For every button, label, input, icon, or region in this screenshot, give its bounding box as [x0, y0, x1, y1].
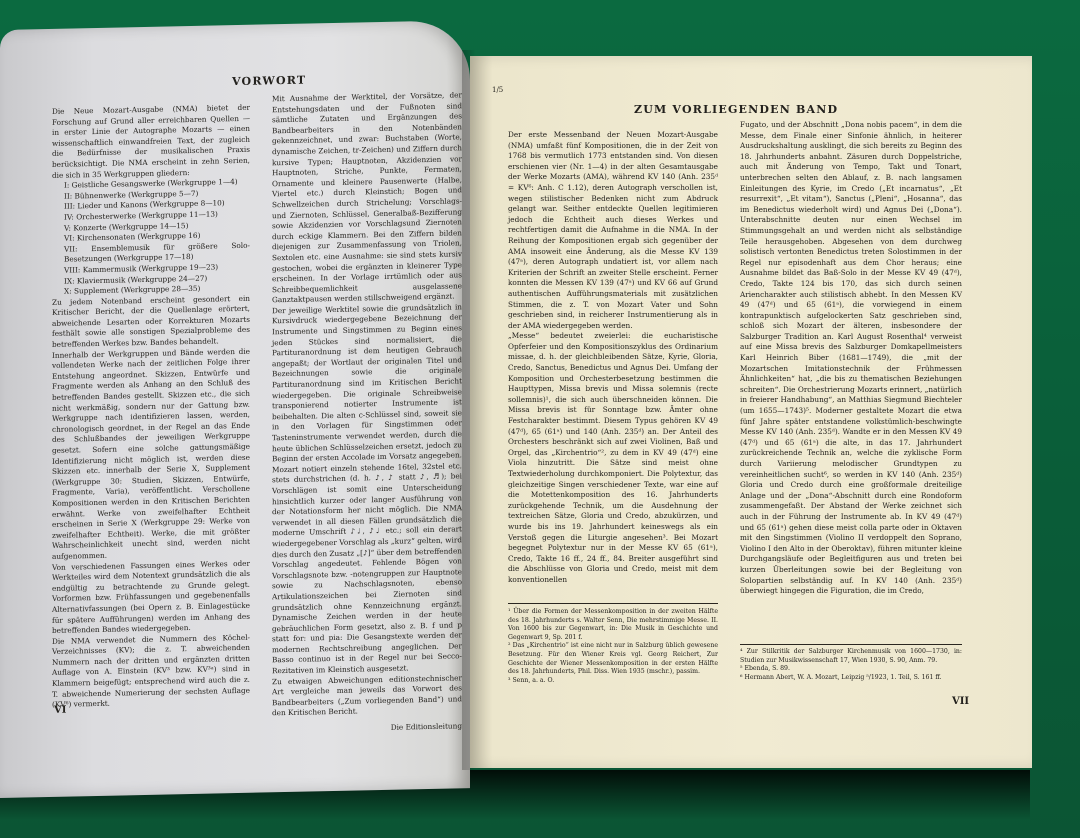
footnote: ³ Senn, a. a. O. — [508, 677, 718, 686]
page-title-vorwort: VORWORT — [232, 74, 306, 89]
footnote-rule — [508, 603, 718, 604]
paragraph: Die NMA verwendet die Nummern des Köchel… — [52, 632, 250, 710]
paragraph: Der jeweilige Werktitel sowie die grunds… — [272, 302, 462, 677]
paragraph: Zu jedem Notenband erscheint gesondert e… — [52, 293, 250, 350]
paragraph: Von verschiedenen Fassungen eines Werkes… — [52, 558, 250, 636]
band-column-1: Der erste Messenband der Neuen Mozart-Au… — [508, 130, 718, 586]
paragraph: „Messe“ bedeutet zweierlei: die eucharis… — [508, 331, 718, 585]
signature-editionsleitung: Die Editionsleitung — [272, 721, 462, 736]
footnotes-column-1: ¹ Über die Formen der Messenkomposition … — [508, 608, 718, 685]
paragraph: Fugato, und der Abschnitt „Dona nobis pa… — [740, 120, 962, 597]
paragraph: Innerhalb der Werkgruppen und Bände werd… — [52, 346, 250, 562]
vorwort-column-2: Mit Ausnahme der Werktitel, der Vorsätze… — [272, 90, 462, 736]
footnote: ⁶ Hermann Abert, W. A. Mozart, Leipzig ⁵… — [740, 674, 962, 683]
band-column-2: Fugato, und der Abschnitt „Dona nobis pa… — [740, 120, 962, 597]
footnote-rule — [740, 644, 962, 645]
page-title-zum-vorliegenden-band: ZUM VORLIEGENDEN BAND — [634, 103, 838, 116]
left-page-vorwort: VORWORT Die Neue Mozart-Ausgabe (NMA) bi… — [0, 20, 470, 798]
footnote: ⁵ Ebenda, S. 89. — [740, 665, 962, 674]
footnotes-column-2: ⁴ Zur Stilkritik der Salzburger Kirchenm… — [740, 648, 962, 682]
page-mark: 1/5 — [492, 86, 503, 94]
footnote: ² Das „Kirchentrio“ ist eine nicht nur i… — [508, 642, 718, 676]
folio-vi: VI — [54, 705, 66, 716]
footnote: ⁴ Zur Stilkritik der Salzburger Kirchenm… — [740, 648, 962, 665]
paragraph: Der erste Messenband der Neuen Mozart-Au… — [508, 130, 718, 331]
paragraph: Mit Ausnahme der Werktitel, der Vorsätze… — [272, 90, 462, 306]
paragraph: Die Neue Mozart-Ausgabe (NMA) bietet der… — [52, 103, 250, 181]
folio-vii: VII — [952, 696, 969, 707]
footnote: ¹ Über die Formen der Messenkomposition … — [508, 608, 718, 642]
right-page-zum-vorliegenden-band: 1/5 ZUM VORLIEGENDEN BAND Der erste Mess… — [470, 56, 1032, 768]
paragraph: Zu etwaigen Abweichungen editionstechnis… — [272, 673, 462, 719]
vorwort-column-1: Die Neue Mozart-Ausgabe (NMA) bietet der… — [52, 103, 250, 711]
